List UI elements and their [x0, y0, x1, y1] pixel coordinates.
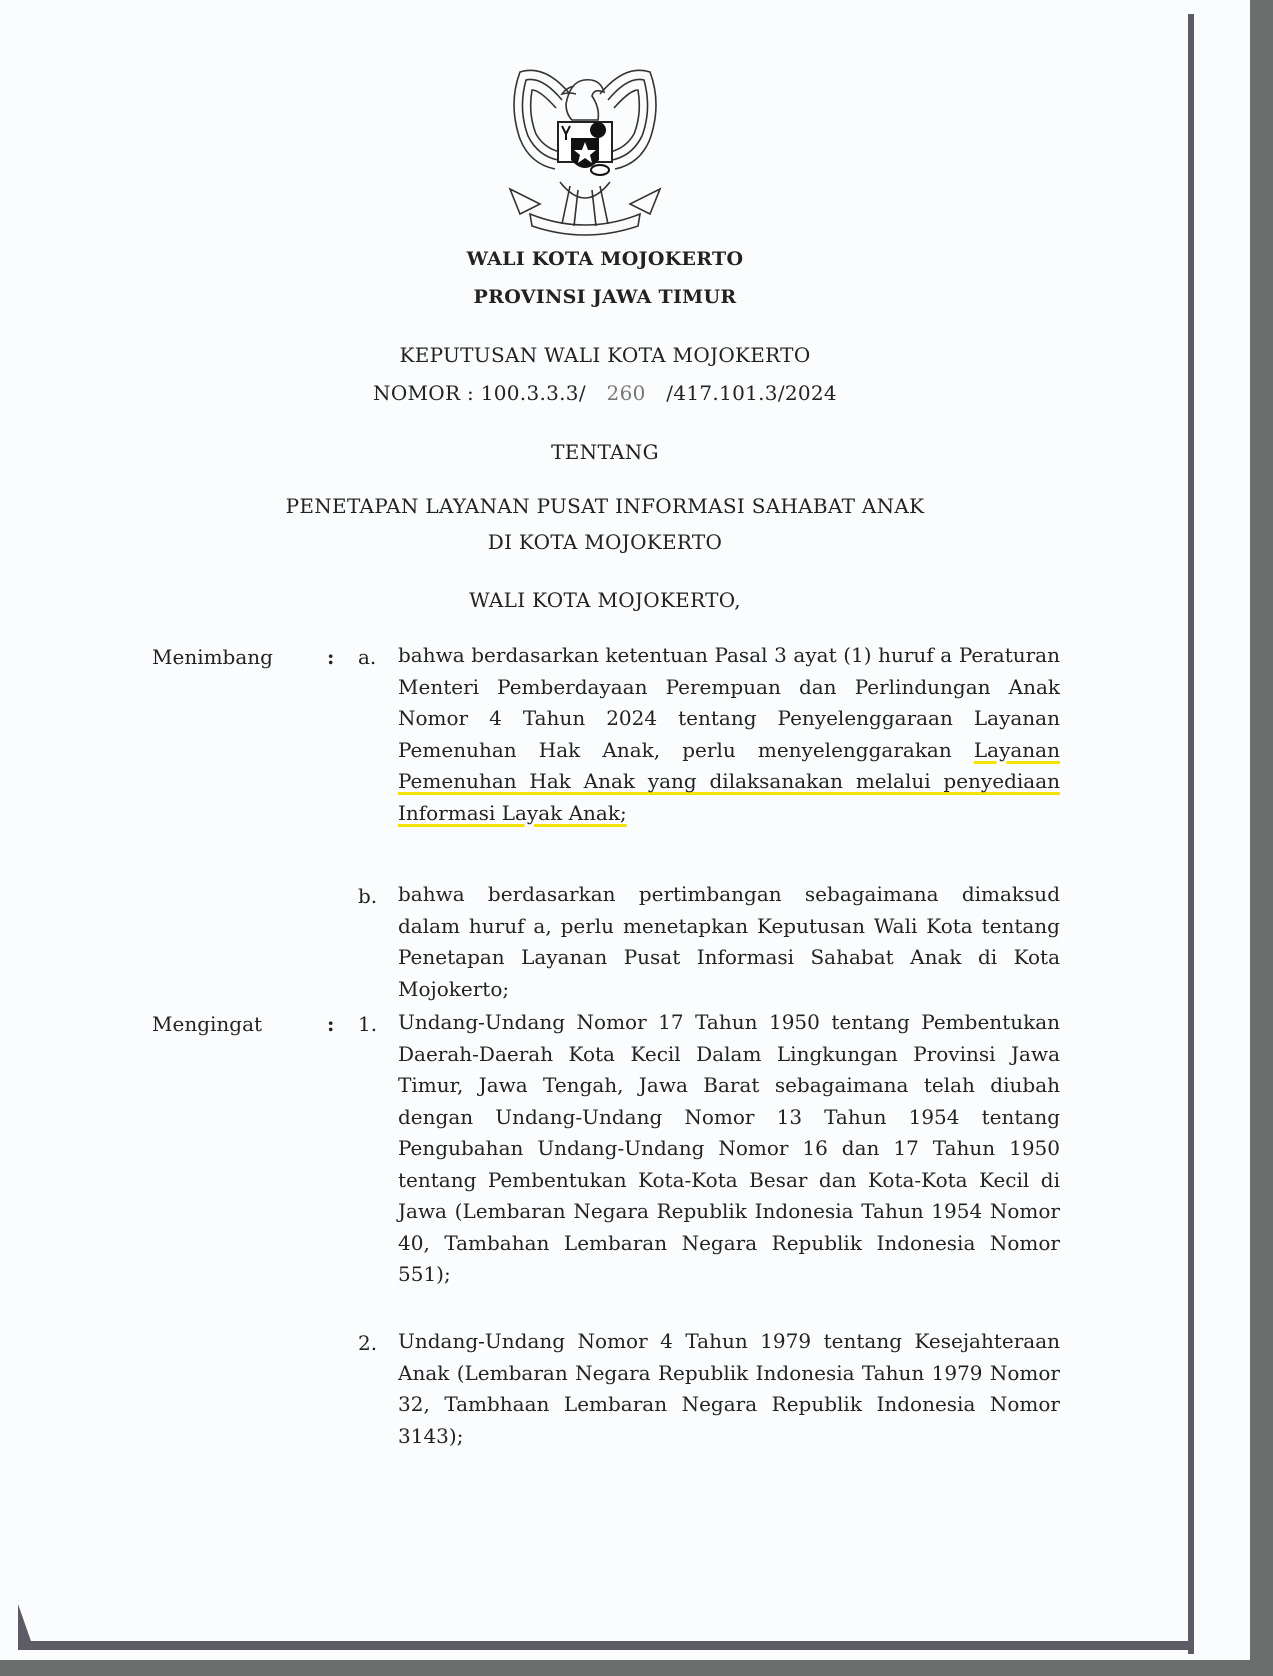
header-province-title: PROVINSI JAWA TIMUR	[0, 286, 1210, 308]
menimbang-colon: :	[327, 645, 334, 669]
scan-border-bottom	[18, 1641, 1194, 1650]
decree-number: NOMOR : 100.3.3.3/ 260 /417.101.3/2024	[0, 381, 1210, 405]
mengingat-colon: :	[327, 1012, 334, 1036]
menimbang-item-a-text: bahwa berdasarkan ketentuan Pasal 3 ayat…	[398, 643, 1060, 762]
mengingat-item-2-marker: 2.	[358, 1331, 377, 1355]
menimbang-item-a: bahwa berdasarkan ketentuan Pasal 3 ayat…	[398, 640, 1060, 829]
decree-number-prefix: NOMOR : 100.3.3.3/	[373, 381, 586, 405]
scan-border-corner	[18, 1604, 32, 1644]
mengingat-item-1-marker: 1.	[358, 1012, 377, 1036]
issuer-line: WALI KOTA MOJOKERTO,	[0, 588, 1210, 612]
decree-subject-line-1: PENETAPAN LAYANAN PUSAT INFORMASI SAHABA…	[0, 494, 1210, 518]
mengingat-item-1: Undang-Undang Nomor 17 Tahun 1950 tentan…	[398, 1007, 1060, 1291]
mengingat-item-2: Undang-Undang Nomor 4 Tahun 1979 tentang…	[398, 1326, 1060, 1452]
mengingat-label: Mengingat	[152, 1012, 262, 1036]
tentang-heading: TENTANG	[0, 440, 1210, 464]
decree-title: KEPUTUSAN WALI KOTA MOJOKERTO	[0, 343, 1210, 367]
decree-number-handwritten: 260	[607, 381, 646, 405]
garuda-emblem-icon	[500, 64, 670, 242]
menimbang-item-b-marker: b.	[358, 884, 377, 908]
document-page: WALI KOTA MOJOKERTO PROVINSI JAWA TIMUR …	[0, 0, 1250, 1660]
header-city-title: WALI KOTA MOJOKERTO	[0, 248, 1210, 270]
menimbang-item-b: bahwa berdasarkan pertimbangan sebagaima…	[398, 879, 1060, 1005]
menimbang-item-a-marker: a.	[358, 645, 376, 669]
decree-subject-line-2: DI KOTA MOJOKERTO	[0, 530, 1210, 554]
decree-number-suffix: /417.101.3/2024	[666, 381, 837, 405]
menimbang-label: Menimbang	[152, 645, 273, 669]
